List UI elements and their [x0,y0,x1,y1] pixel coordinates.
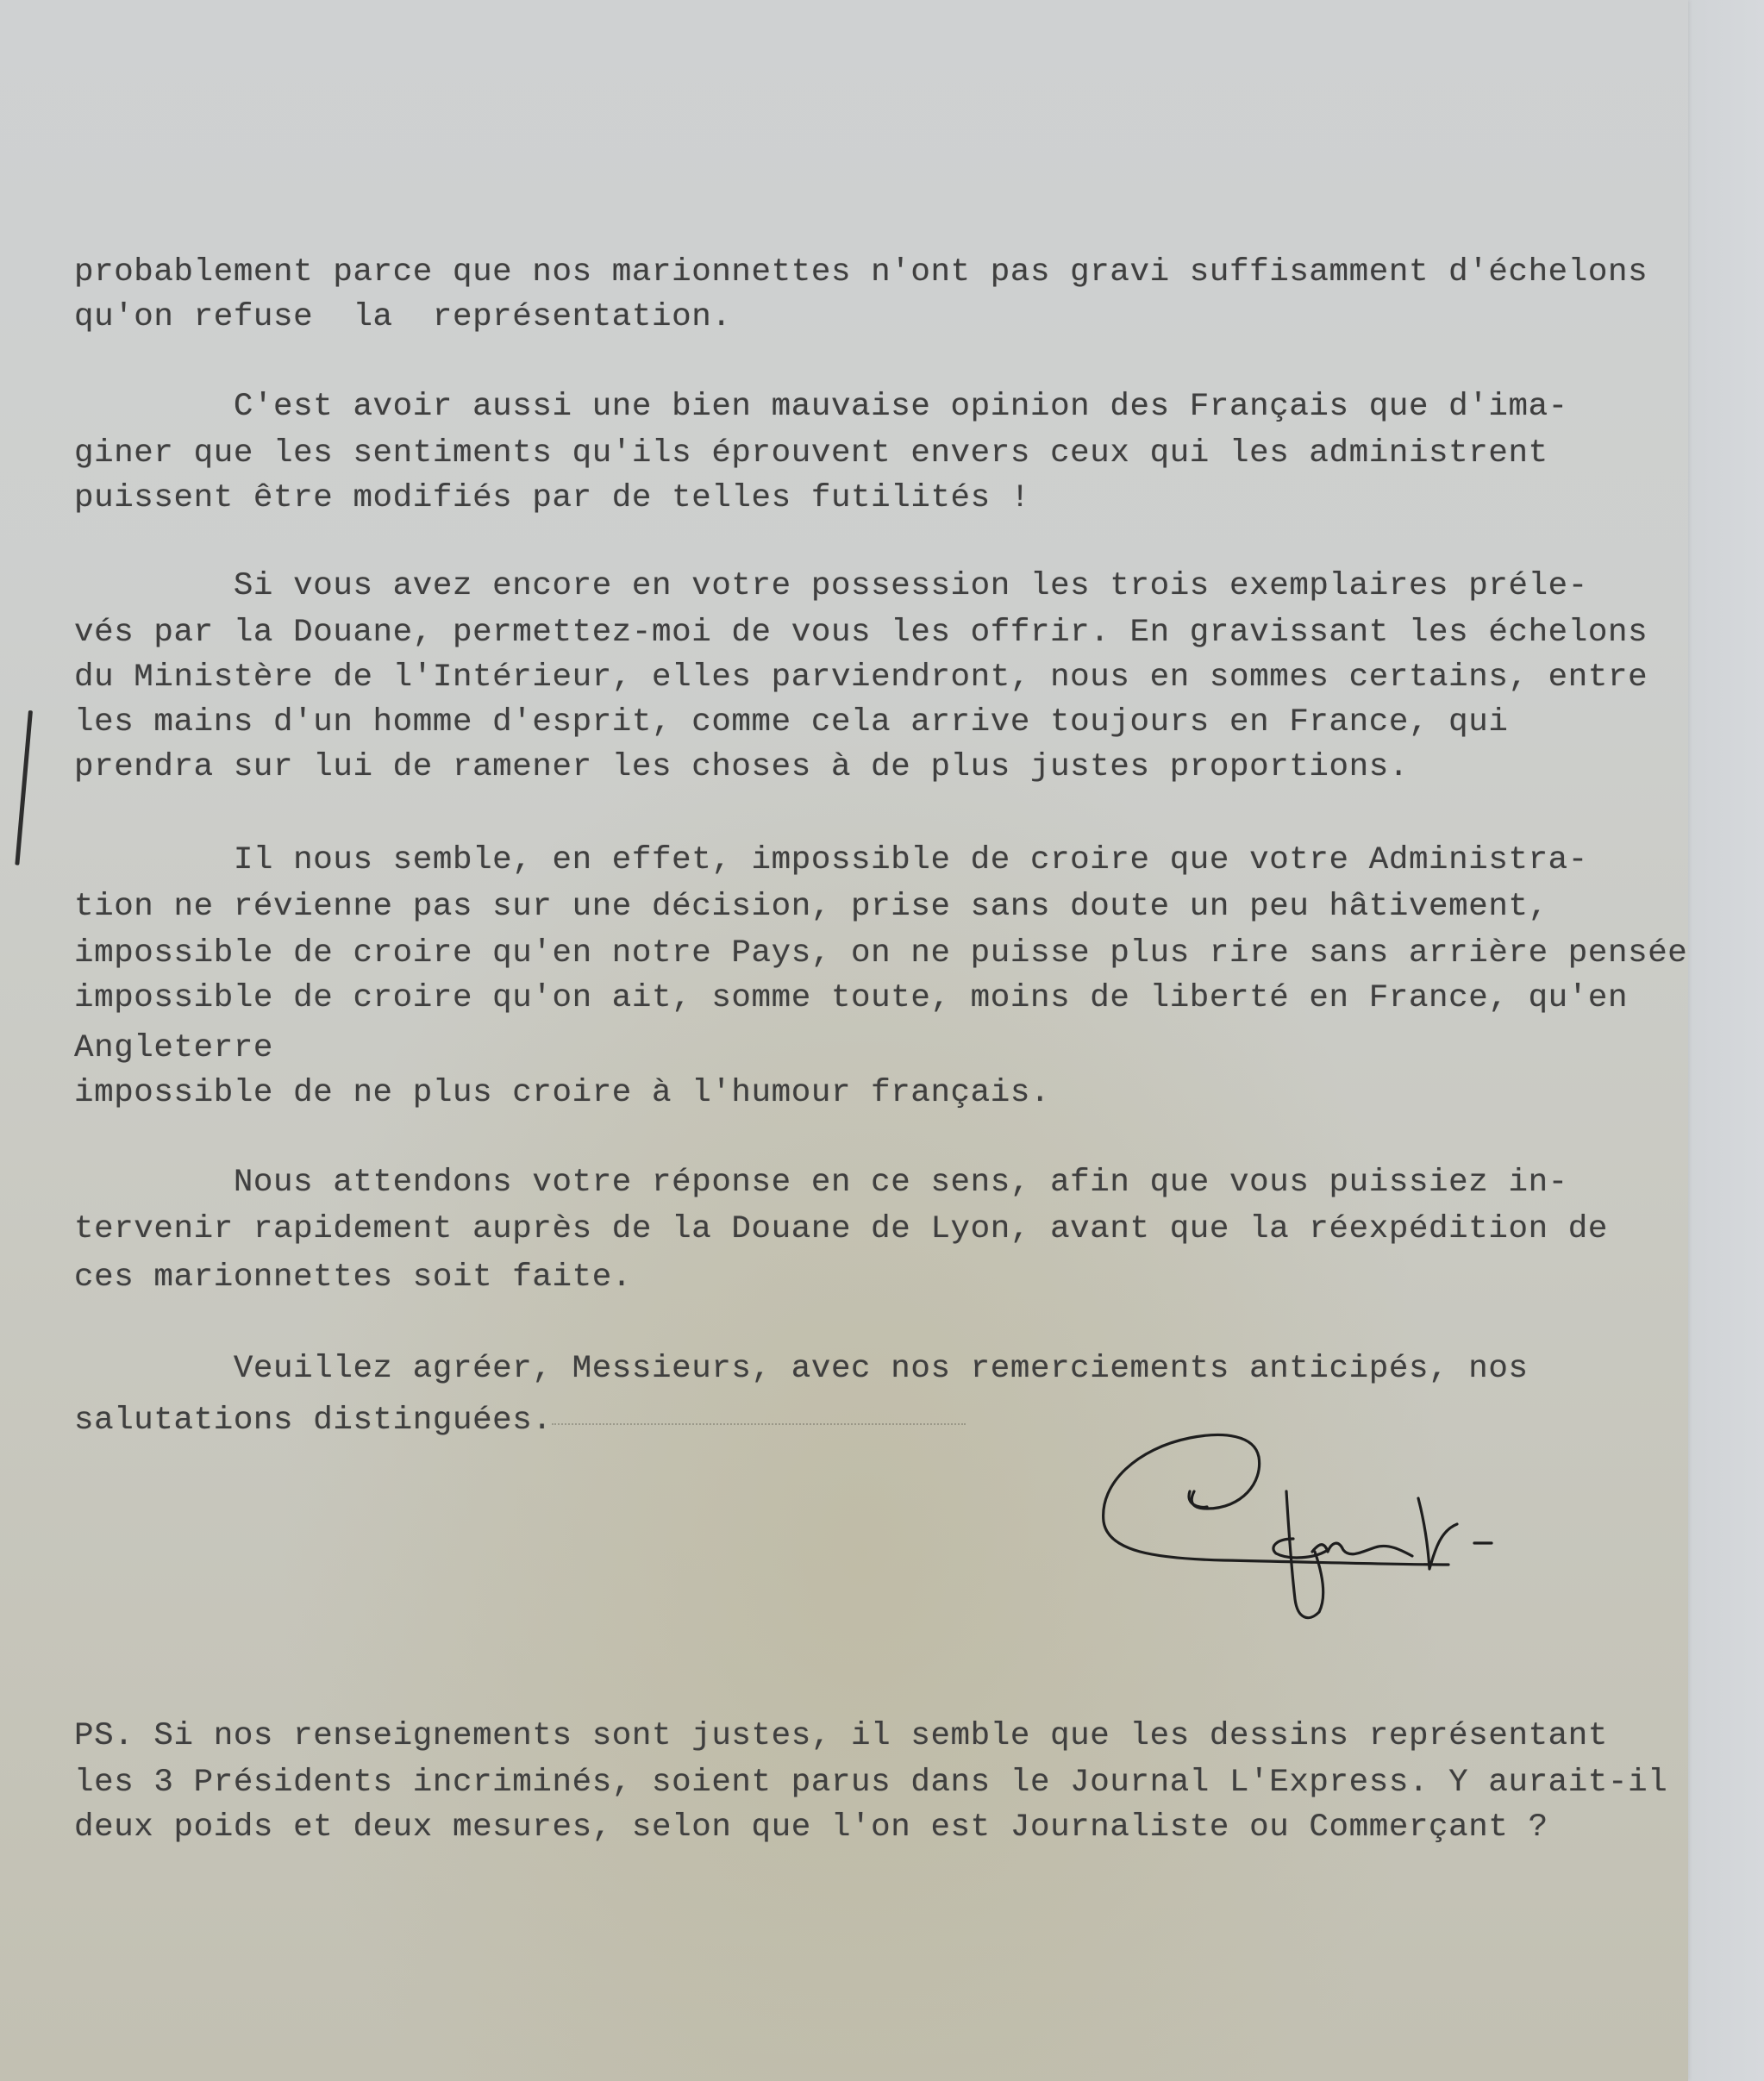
text-line: salutations distinguées. [74,1405,553,1438]
postscript-line: deux poids et deux mesures, selon que l'… [74,1812,1548,1845]
postscript-line: les 3 Présidents incriminés, soient paru… [74,1767,1667,1800]
text-line: impossible de ne plus croire à l'humour … [74,1078,1050,1110]
text-line: ces marionnettes soit faite. [74,1262,632,1295]
text-line: qu'on refuse la représentation. [74,302,731,334]
text-line: impossible de croire qu'en notre Pays, o… [74,938,1687,971]
text-line: tervenir rapidement auprès de la Douane … [74,1214,1608,1247]
text-line: Si vous avez encore en votre possession … [74,571,1588,603]
typewriter-smudge-line [552,1423,966,1425]
text-line: tion ne révienne pas sur une décision, p… [74,891,1548,924]
letter-page: probablement parce que nos marionnettes … [0,0,1688,2081]
postscript-line: PS. Si nos renseignements sont justes, i… [74,1721,1608,1753]
signature-icon [1069,1422,1604,1629]
text-line: C'est avoir aussi une bien mauvaise opin… [74,391,1568,424]
text-line: probablement parce que nos marionnettes … [74,257,1648,290]
text-line: vés par la Douane, permettez-moi de vous… [74,617,1648,650]
scan-backdrop [1688,0,1764,2081]
text-line: impossible de croire qu'on ait, somme to… [74,983,1628,1016]
text-line: giner que les sentiments qu'ils éprouven… [74,438,1548,471]
text-line: Il nous semble, en effet, impossible de … [74,845,1588,878]
text-line: puissent être modifiés par de telles fut… [74,483,1030,516]
text-line: Veuillez agréer, Messieurs, avec nos rem… [74,1353,1529,1386]
text-line: prendra sur lui de ramener les choses à … [74,752,1409,784]
text-line: Nous attendons votre réponse en ce sens,… [74,1167,1568,1200]
text-line: du Ministère de l'Intérieur, elles parvi… [74,662,1648,695]
text-line: les mains d'un homme d'esprit, comme cel… [74,707,1508,740]
margin-pen-mark [15,710,33,866]
text-line: Angleterre [74,1033,273,1065]
